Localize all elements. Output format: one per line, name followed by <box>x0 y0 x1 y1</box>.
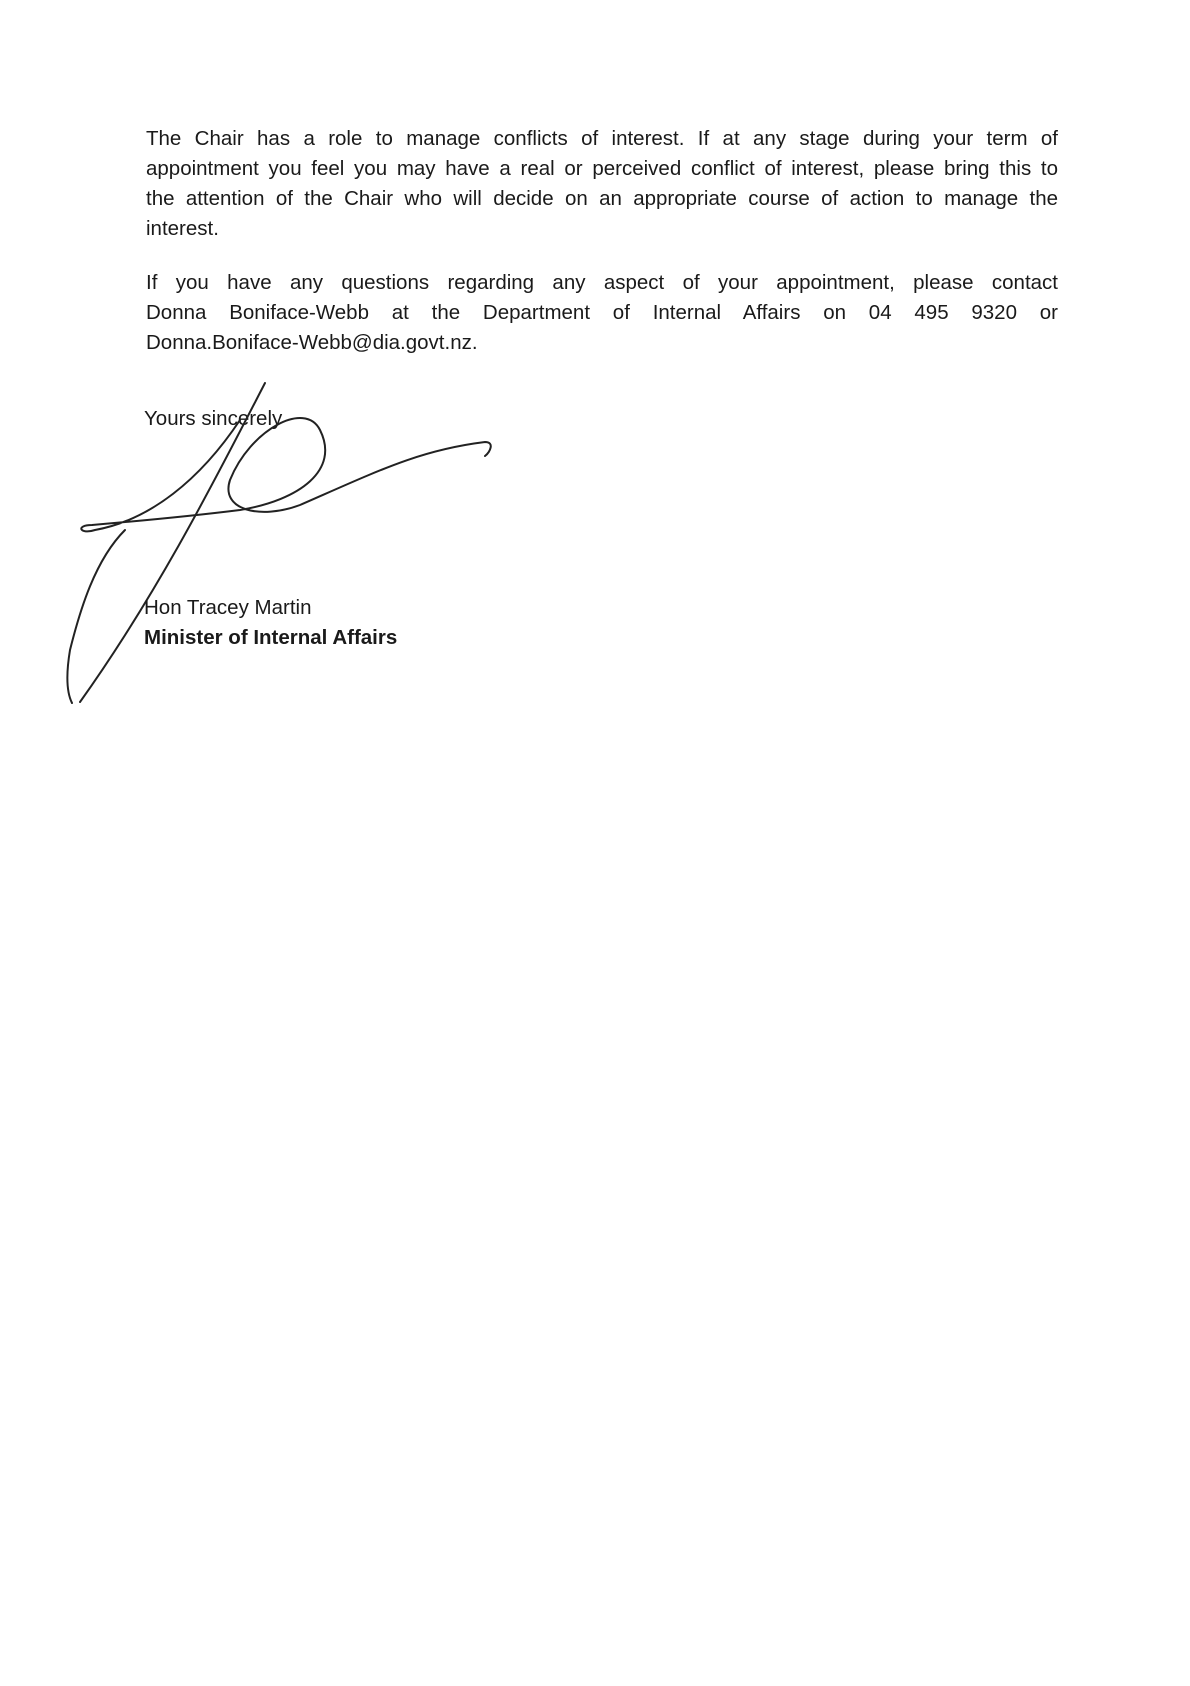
signatory-name: Hon Tracey Martin <box>144 596 311 620</box>
handwritten-signature-icon <box>0 0 1190 1686</box>
signatory-title: Minister of Internal Affairs <box>144 626 397 650</box>
